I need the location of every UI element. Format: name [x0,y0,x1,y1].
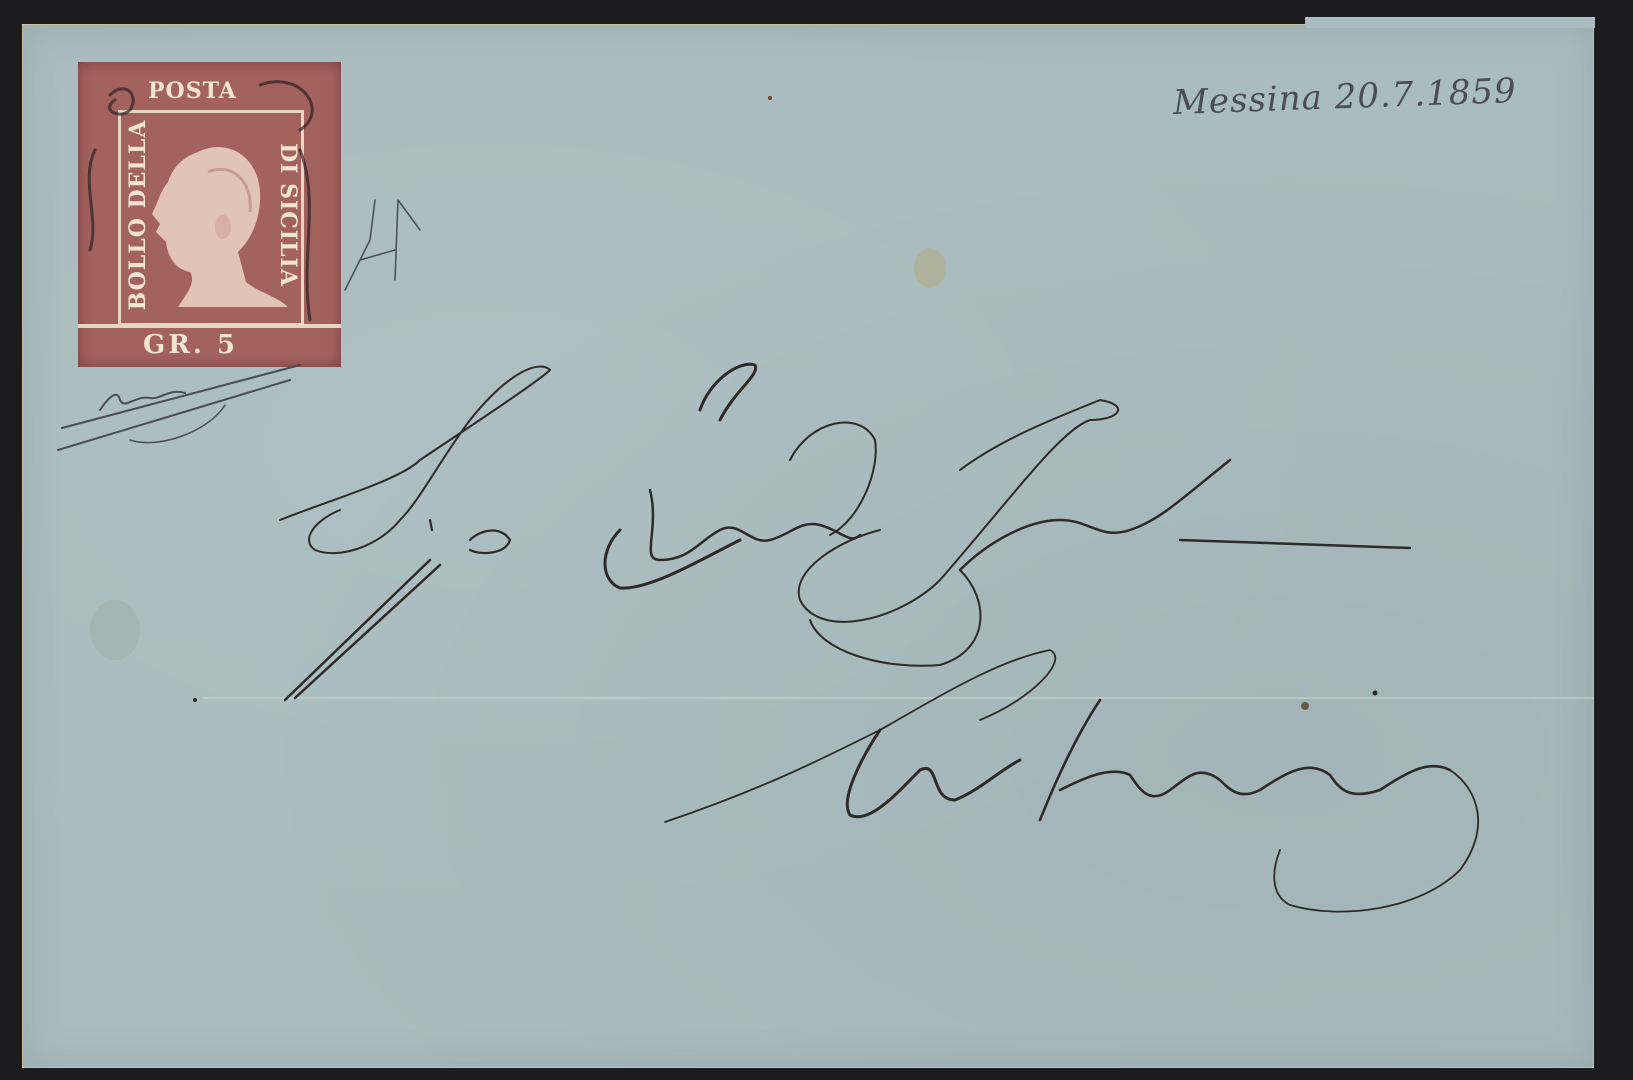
stamp-divider [78,324,341,328]
address-line-1: Sig. Eduardo Zacob [23,25,24,26]
postal-cover: POSTA BOLLO DELLA DI SICILIA GR. 5 Messi… [22,24,1594,1068]
stamp-value: GR. 5 [143,330,238,360]
postage-stamp: POSTA BOLLO DELLA DI SICILIA GR. 5 [78,62,341,367]
address-line-2: Catania [23,25,24,26]
initials-text: AD [23,25,24,26]
signature-text: Sayles [23,25,24,26]
portrait-icon [138,132,288,312]
date-annotation: Messina 20.7.1859 [1172,71,1517,123]
stamp-top-text: POSTA [148,78,237,104]
